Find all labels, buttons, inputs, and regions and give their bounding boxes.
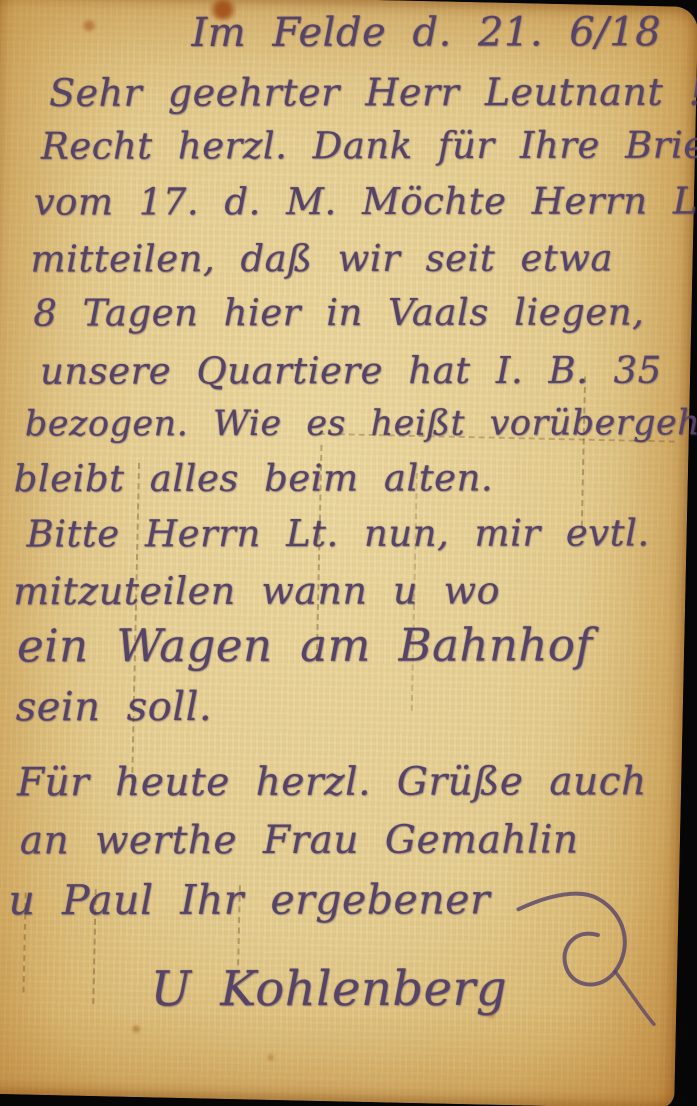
ink-stain — [81, 20, 96, 32]
body-line: Bitte Herrn Lt. nun, mir evtl. — [26, 511, 649, 555]
closing-line: u Paul Ihr ergebener — [8, 875, 490, 924]
crease-line — [237, 885, 241, 965]
body-line: 8 Tagen hier in Vaals liegen, — [33, 291, 644, 335]
crease-line — [581, 377, 586, 527]
signature: U Kohlenberg — [151, 961, 508, 1018]
ink-stain — [132, 1025, 141, 1033]
ink-stain — [267, 1054, 274, 1061]
body-line: ein Wagen am Bahnhof — [17, 618, 593, 672]
closing-line: an werthe Frau Gemahlin — [20, 817, 579, 863]
body-line: mitteilen, daß wir seit etwa — [30, 236, 613, 280]
salutation-line: Sehr geehrter Herr Leutnant ! — [49, 70, 697, 115]
body-line: sein soll. — [16, 684, 212, 730]
body-line: mitzuteilen wann u wo — [13, 568, 500, 613]
dateline: Im Felde d. 21. 6/18 — [191, 9, 661, 56]
body-line: vom 17. d. M. Möchte Herrn Lt nun — [34, 179, 697, 223]
body-line: bleibt alles beim alten. — [14, 456, 494, 500]
body-line: Recht herzl. Dank für Ihre Brief — [41, 124, 697, 168]
ink-stain — [488, 1013, 495, 1019]
postcard-paper: Im Felde d. 21. 6/18 Sehr geehrter Herr … — [0, 0, 697, 1106]
body-line: unsere Quartiere hat I. B. 35 — [40, 349, 662, 393]
pen-flourish — [514, 885, 669, 1028]
closing-line: Für heute herzl. Grüße auch — [17, 759, 647, 805]
